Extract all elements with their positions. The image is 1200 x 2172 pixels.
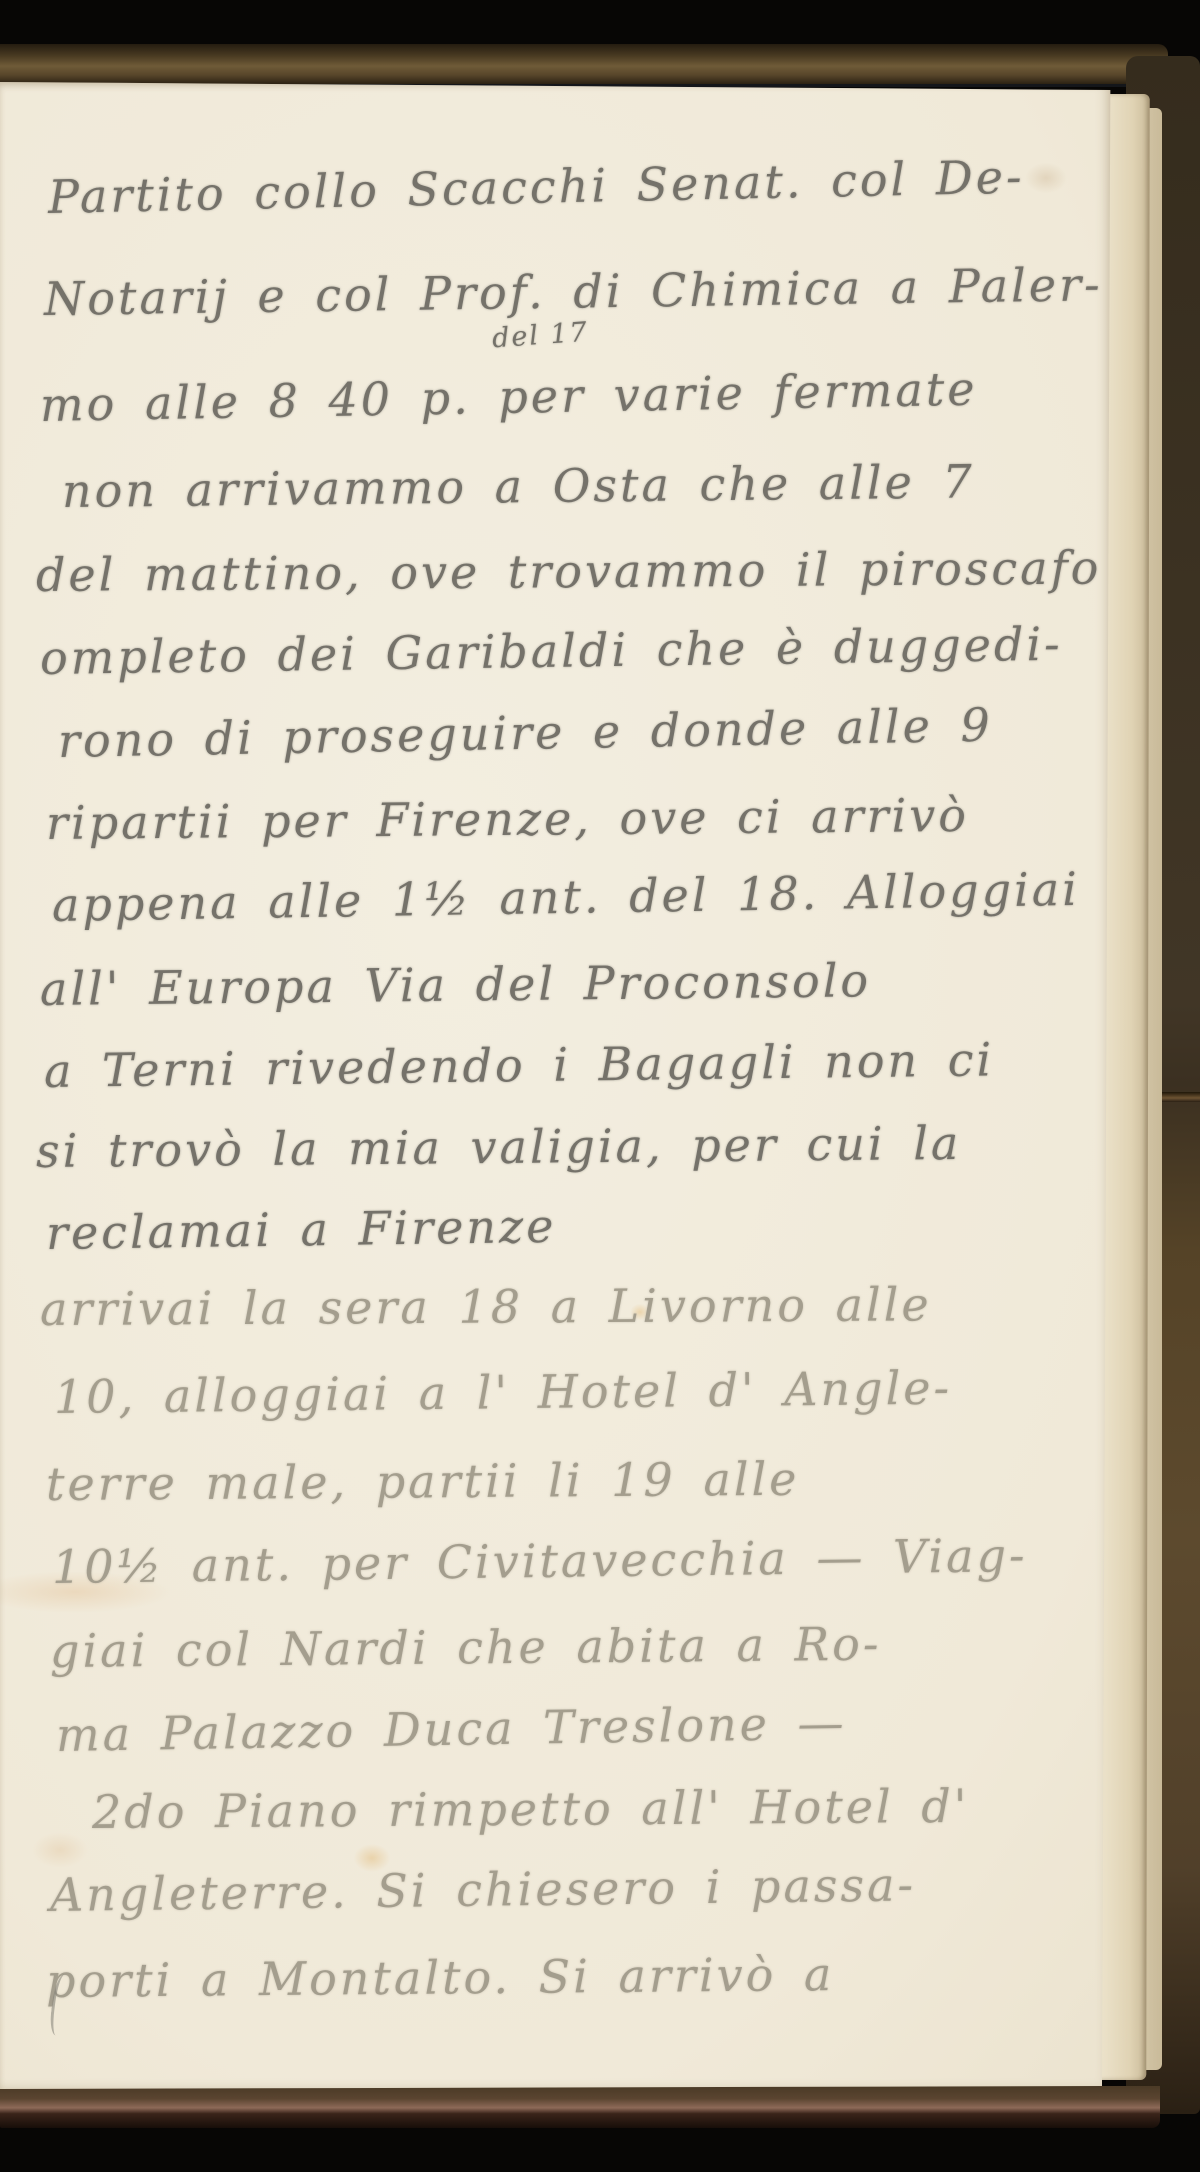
handwriting-line: reclamai a Firenze — [46, 1199, 557, 1260]
handwriting-line: mo alle 8 40 p. per varie fermate — [40, 362, 978, 432]
handwriting-line: 10, alloggiai a l' Hotel d' Angle- — [54, 1361, 953, 1424]
handwriting-line: terre male, partii li 19 alle — [46, 1452, 800, 1511]
book-cover-top-edge — [0, 44, 1168, 87]
handwriting-line: Notarij e col Prof. di Chimica a Paler- — [44, 257, 1103, 326]
handwriting-line: si trovò la mia valigia, per cui la — [36, 1116, 962, 1178]
handwriting-line: ripartii per Firenze, ove ci arrivò — [46, 788, 969, 850]
handwriting-line: Angleterre. Si chiesero i passa- — [50, 1857, 917, 1922]
handwriting-line: giai col Nardi che abita a Ro- — [50, 1617, 882, 1678]
handwriting-line: porti a Montalto. Si arrivò a — [46, 1947, 835, 2008]
notebook-photo: Partito collo Scacchi Senat. col De- Not… — [0, 0, 1200, 2172]
handwriting-line: arrivai la sera 18 a Livorno alle — [40, 1277, 932, 1336]
handwriting-line: 2do Piano rimpetto all' Hotel d' — [92, 1779, 970, 1839]
handwriting-line: ompleto dei Garibaldi che è duggedi- — [40, 617, 1063, 685]
handwriting-block: Partito collo Scacchi Senat. col De- Not… — [0, 82, 1112, 2089]
superscript-date-note: del 17 — [491, 317, 590, 355]
book-cover-bottom-edge — [0, 2086, 1160, 2128]
handwriting-line: 10½ ant. per Civitavecchia — Viag- — [52, 1528, 1028, 1594]
handwriting-line: rono di proseguire e donde alle 9 — [58, 698, 994, 768]
handwriting-line: ma Palazzo Duca Treslone — — [56, 1696, 847, 1762]
handwriting-line: del mattino, ove trovammo il piroscafo — [36, 541, 1102, 602]
handwriting-line: Partito collo Scacchi Senat. col De- — [47, 150, 1025, 224]
handwriting-line: non arrivammo a Osta che alle 7 — [62, 454, 975, 518]
handwriting-line: appena alle 1½ ant. del 18. Alloggiai — [52, 862, 1081, 932]
handwriting-line: a Terni rivedendo i Bagagli non ci — [44, 1032, 995, 1098]
handwriting-line: all' Europa Via del Proconsolo — [40, 953, 872, 1016]
notebook-page: Partito collo Scacchi Senat. col De- Not… — [0, 82, 1112, 2089]
